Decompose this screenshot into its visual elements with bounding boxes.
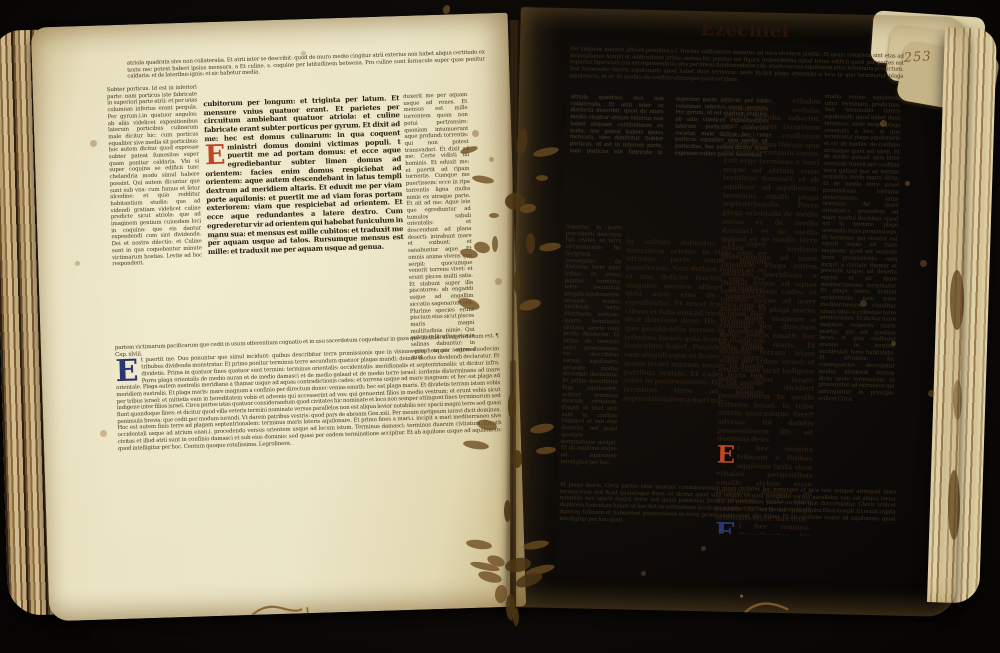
ink-stain [508, 393, 516, 419]
left-gloss-column: Subter porticus. Id est in inferiori par… [107, 84, 206, 371]
right-page: Ezechiel 253 Per singulos menses afferet… [507, 7, 968, 617]
ink-stain [489, 213, 499, 218]
right-top-text-block: Per singulos menses afferet primitiva.s.… [569, 46, 904, 98]
ink-stain [442, 4, 452, 15]
center-column-pre: gno: via ethalon venientibus sedada: ema… [717, 96, 821, 445]
pen-squiggle-mark [249, 597, 314, 621]
ink-stain [504, 500, 511, 522]
photograph-of-open-incunabulum: { "meta": { "description_colors": { "bac… [0, 0, 1000, 653]
ink-stain [492, 236, 498, 252]
left-margin-gloss-column: duxerit me per aquam usque ad renes. Et … [403, 92, 475, 364]
left-bible-column: cubitorum per longum: et triginta per la… [203, 94, 407, 368]
pen-arc-mark [719, 590, 800, 617]
red-initial-E-right: E [717, 445, 736, 465]
right-narrow-gloss-column: Superius in parte precedenti descripta f… [560, 224, 622, 483]
red-initial-E-left: E [205, 144, 226, 167]
foxing-specks [0, 0, 3, 3]
folio-number: 253 [903, 49, 932, 66]
lower-commentary-text: t puertit me. Duo ponuntur que simul inc… [116, 346, 502, 451]
bible-text-post: t puertit me ad portam domus: et ecce aq… [205, 137, 403, 257]
right-margin-gloss-column: studio versus aquilonem ultra terminum p… [815, 94, 901, 536]
blue-initial-E-left: E [115, 359, 138, 385]
ink-stain [512, 450, 522, 468]
right-bottom-text-block: Et plaga maris. Circa partes istas quatu… [559, 482, 896, 538]
left-lower-commentary-block: partem victimarum pacificarum que cedit … [115, 333, 506, 559]
left-page: atriola quadrata sive non collateralia. … [31, 13, 526, 622]
running-header: Ezechiel [700, 19, 789, 42]
bible-text-pre: cubitorum per longum: et triginta per la… [203, 94, 400, 151]
right-center-column: gno: via ethalon venientibus sedada: ema… [715, 96, 821, 536]
ink-stain [536, 175, 548, 181]
ink-stain [514, 270, 520, 294]
ink-stain [526, 233, 535, 254]
ink-stain [513, 608, 519, 626]
